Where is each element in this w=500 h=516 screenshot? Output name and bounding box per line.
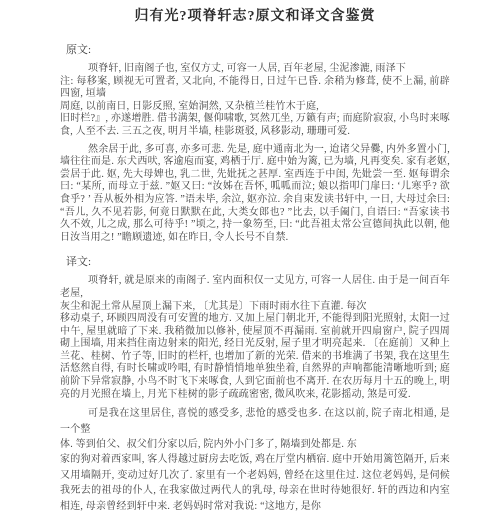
- document-page: 归有光?项脊轩志?原文和译文含鉴赏 原文: 项脊轩, 旧南阁子也, 室仅方丈, …: [0, 0, 500, 514]
- original-text-section: 原文: 项脊轩, 旧南阁子也, 室仅方丈, 可容一人居, 百年老屋, 尘泥渗漉,…: [60, 44, 450, 244]
- original-text-label: 原文:: [66, 44, 450, 57]
- translation-paragraph-1: 项脊轩, 就是原来的南阁子. 室内面积仅一丈见方, 可容一人居住. 由于是一间百…: [60, 275, 450, 401]
- page-title: 归有光?项脊轩志?原文和译文含鉴赏: [60, 8, 450, 26]
- original-paragraph-1: 项脊轩, 旧南阁子也, 室仅方丈, 可容一人居, 百年老屋, 尘泥渗漉, 雨泽下…: [60, 63, 450, 139]
- translation-label: 译文:: [66, 256, 450, 269]
- original-paragraph-2: 然余居于此, 多可喜, 亦多可悲. 先是, 庭中通南北为一, 迨诸父异爨, 内外…: [60, 144, 450, 245]
- translation-paragraph-2: 可是我在这里居住, 喜悦的感受多, 悲怆的感受也多. 在这以前, 院子南北相通,…: [60, 406, 450, 514]
- translation-section: 译文: 项脊轩, 就是原来的南阁子. 室内面积仅一丈见方, 可容一人居住. 由于…: [60, 256, 450, 514]
